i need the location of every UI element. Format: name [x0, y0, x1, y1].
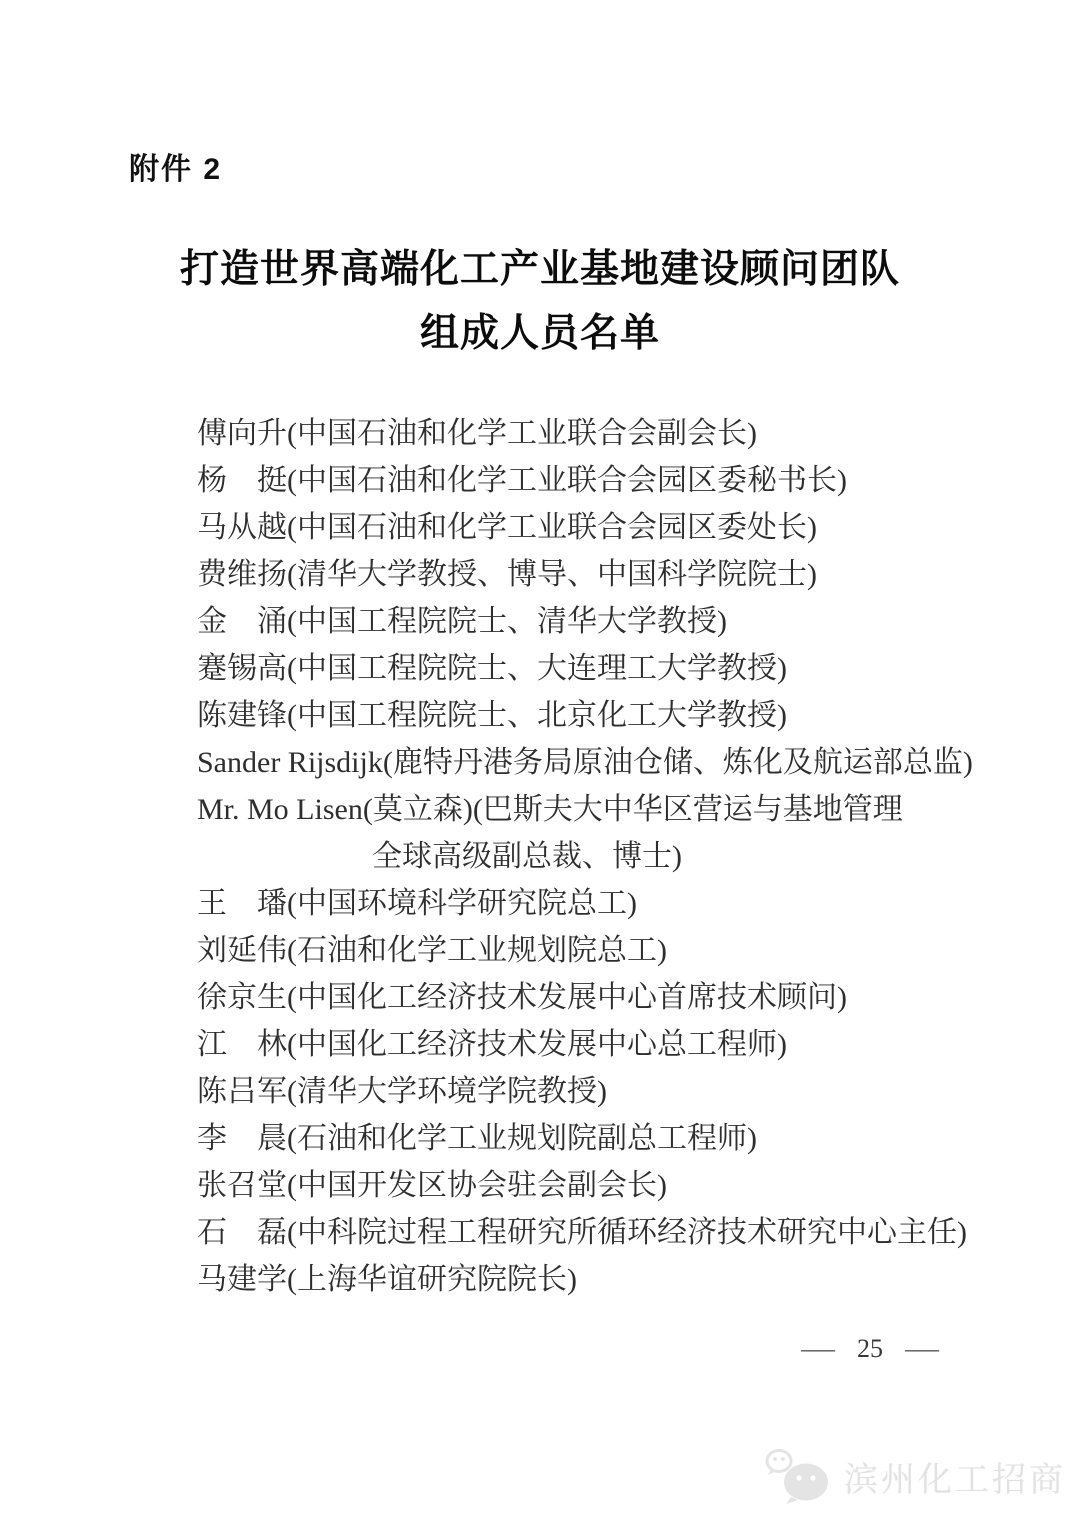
member-list: 傅向升(中国石油和化学工业联合会副会长) 杨 挺(中国石油和化学工业联合会园区委… — [197, 410, 1030, 1303]
member-entry: 杨 挺(中国石油和化学工业联合会园区委秘书长) — [197, 457, 1030, 504]
attachment-label: 附件 2 — [129, 144, 222, 188]
page-number: — 25 — — [805, 1334, 935, 1364]
watermark-text: 滨州化工招商 — [844, 1452, 1066, 1501]
member-entry: Mr. Mo Lisen(莫立森)(巴斯夫大中华区营运与基地管理 — [197, 786, 1030, 833]
member-entry: 马从越(中国石油和化学工业联合会园区委处长) — [197, 504, 1030, 551]
page-title-line2: 组成人员名单 — [0, 302, 1080, 366]
member-entry: 费维扬(清华大学教授、博导、中国科学院院士) — [197, 551, 1030, 598]
member-entry: 李 晨(石油和化学工业规划院副总工程师) — [197, 1115, 1030, 1162]
member-entry: 金 涌(中国工程院院士、清华大学教授) — [197, 598, 1030, 645]
member-entry: 江 林(中国化工经济技术发展中心总工程师) — [197, 1021, 1030, 1068]
page-number-dash-right: — — [905, 1334, 939, 1364]
member-entry-continuation: 全球高级副总裁、博士) — [197, 833, 1030, 880]
watermark: 滨州化工招商 — [764, 1446, 1066, 1506]
member-entry: 张召堂(中国开发区协会驻会副会长) — [197, 1162, 1030, 1209]
member-entry: 石 磊(中科院过程工程研究所循环经济技术研究中心主任) — [197, 1209, 1030, 1256]
document-page: 附件 2 打造世界高端化工产业基地建设顾问团队 组成人员名单 傅向升(中国石油和… — [0, 0, 1080, 1527]
member-entry: Sander Rijsdijk(鹿特丹港务局原油仓储、炼化及航运部总监) — [197, 739, 1030, 786]
member-entry: 刘延伟(石油和化学工业规划院总工) — [197, 927, 1030, 974]
member-entry: 陈建锋(中国工程院院士、北京化工大学教授) — [197, 692, 1030, 739]
member-entry: 徐京生(中国化工经济技术发展中心首席技术顾问) — [197, 974, 1030, 1021]
member-entry: 马建学(上海华谊研究院院长) — [197, 1256, 1030, 1303]
member-entry: 傅向升(中国石油和化学工业联合会副会长) — [197, 410, 1030, 457]
page-number-dash-left: — — [801, 1334, 835, 1364]
member-entry: 王 璠(中国环境科学研究院总工) — [197, 880, 1030, 927]
member-entry: 蹇锡高(中国工程院院士、大连理工大学教授) — [197, 645, 1030, 692]
page-title: 打造世界高端化工产业基地建设顾问团队 组成人员名单 — [0, 238, 1080, 366]
page-title-line1: 打造世界高端化工产业基地建设顾问团队 — [0, 238, 1080, 302]
member-entry: 陈吕军(清华大学环境学院教授) — [197, 1068, 1030, 1115]
chat-bubbles-icon — [764, 1446, 836, 1506]
page-number-value: 25 — [857, 1334, 883, 1364]
